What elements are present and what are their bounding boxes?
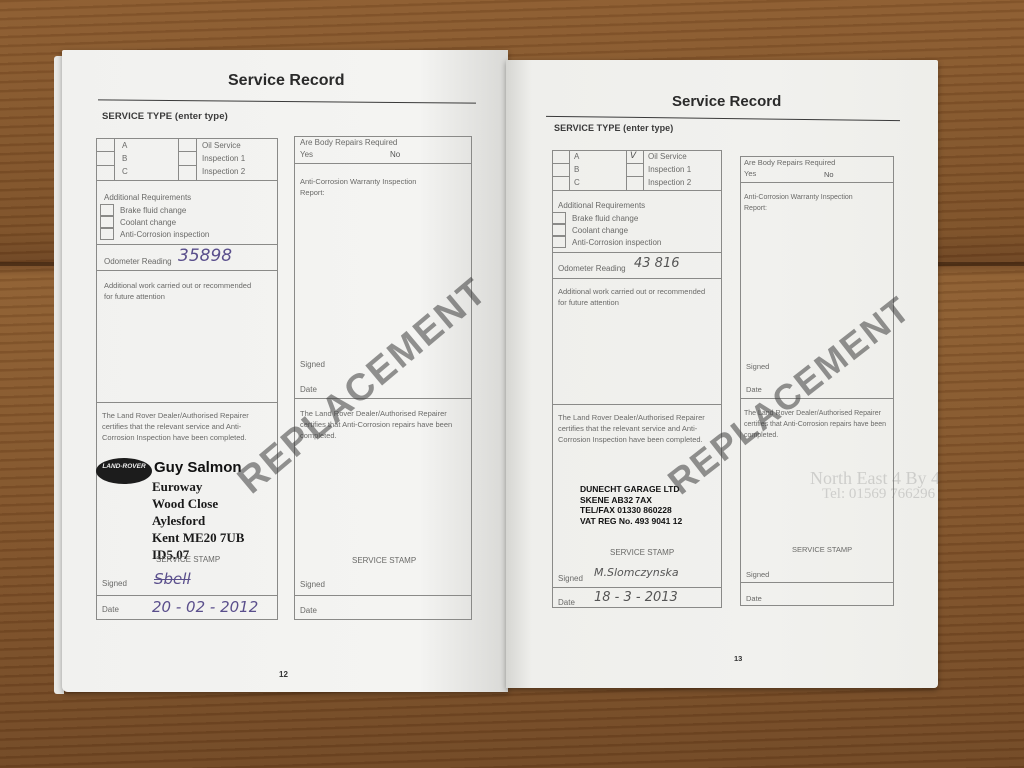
anti-corrosion-label: Anti-Corrosion inspection [572, 239, 661, 247]
land-rover-logo: LAND-ROVER [96, 458, 152, 484]
type-b-label: B [122, 155, 127, 163]
corrosion-date-label: Date [300, 607, 317, 615]
body-repairs-label: Are Body Repairs Required [300, 139, 397, 147]
divider [96, 595, 278, 596]
show-through-text: Tel: 01569 766296 [822, 486, 935, 503]
brake-fluid-label: Brake fluid change [120, 207, 186, 215]
report-date-label: Date [300, 386, 317, 394]
corrosion-signed-label: Signed [300, 581, 325, 589]
date-label: Date [102, 606, 119, 614]
anti-corrosion-checkbox[interactable] [552, 236, 566, 248]
type-a-label: A [122, 142, 127, 150]
page-title: Service Record [672, 93, 781, 110]
address-line: Kent ME20 7UB [152, 529, 244, 546]
divider [626, 163, 643, 164]
additional-work-label: Additional work carried out or recommend… [558, 286, 708, 308]
type-b-label: B [574, 166, 579, 174]
service-type-heading: SERVICE TYPE (enter type) [102, 111, 228, 122]
brake-fluid-checkbox[interactable] [552, 212, 566, 224]
odometer-value: 35898 [178, 246, 232, 266]
signed-label: Signed [102, 580, 127, 588]
yes-option[interactable]: Yes [300, 151, 313, 159]
left-page: Service Record SERVICE TYPE (enter type)… [62, 50, 508, 692]
anti-corrosion-report-label: Anti-Corrosion Warranty Inspection Repor… [744, 192, 854, 214]
no-option[interactable]: No [390, 151, 400, 159]
coolant-label: Coolant change [572, 227, 628, 235]
divider [740, 582, 894, 583]
title-rule [546, 116, 900, 121]
odometer-value: 43 816 [634, 256, 680, 271]
additional-requirements-label: Additional Requirements [104, 194, 191, 202]
address-line: Wood Close [152, 495, 244, 512]
divider [552, 163, 569, 164]
divider [96, 244, 278, 245]
divider [96, 151, 114, 152]
address-line: Aylesford [152, 512, 244, 529]
body-repairs-label: Are Body Repairs Required [744, 159, 835, 167]
stamp-line: TEL/FAX 01330 860228 [580, 505, 682, 516]
corrosion-signed-label: Signed [746, 571, 769, 579]
no-option[interactable]: No [824, 171, 834, 179]
divider [96, 165, 114, 166]
inspection-2-label: Inspection 2 [648, 179, 691, 187]
corrosion-date-label: Date [746, 595, 762, 603]
title-rule [98, 99, 476, 103]
oil-service-label: Oil Service [202, 142, 241, 150]
service-type-heading: SERVICE TYPE (enter type) [554, 123, 673, 133]
coolant-checkbox[interactable] [552, 224, 566, 236]
certify-text: The Land Rover Dealer/Authorised Repaire… [558, 412, 720, 445]
divider [552, 404, 722, 405]
report-signed-label: Signed [300, 361, 325, 369]
divider [96, 402, 278, 403]
odometer-label: Odometer Reading [104, 258, 172, 266]
divider [294, 163, 472, 164]
corrosion-stamp-label: SERVICE STAMP [352, 557, 416, 565]
coolant-label: Coolant change [120, 219, 176, 227]
divider [96, 180, 278, 181]
divider [114, 138, 115, 180]
signature: Sbell [154, 570, 191, 588]
divider [626, 150, 627, 190]
dealer-stamp-address: Euroway Wood Close Aylesford Kent ME20 7… [152, 478, 244, 563]
divider [552, 252, 722, 253]
oil-service-checkmark: V [630, 151, 636, 161]
date-label: Date [558, 599, 575, 607]
divider [740, 182, 894, 183]
odometer-label: Odometer Reading [558, 265, 626, 273]
type-c-label: C [122, 168, 128, 176]
inspection-1-label: Inspection 1 [648, 166, 691, 174]
additional-requirements-label: Additional Requirements [558, 202, 645, 210]
additional-work-label: Additional work carried out or recommend… [104, 280, 254, 302]
service-stamp-label: SERVICE STAMP [610, 549, 674, 557]
anti-corrosion-checkbox[interactable] [100, 228, 114, 240]
service-date: 20 - 02 - 2012 [152, 598, 258, 616]
anti-corrosion-report-label: Anti-Corrosion Warranty Inspection Repor… [300, 176, 420, 198]
signature: M.Slomczynska [594, 566, 679, 579]
stamp-line: DUNECHT GARAGE LTD [580, 484, 682, 495]
inspection-1-label: Inspection 1 [202, 155, 245, 163]
signed-label: Signed [558, 575, 583, 583]
type-c-label: C [574, 179, 580, 187]
brake-fluid-label: Brake fluid change [572, 215, 638, 223]
divider [178, 165, 196, 166]
brake-fluid-checkbox[interactable] [100, 204, 114, 216]
service-date: 18 - 3 - 2013 [594, 590, 678, 605]
right-page: Service Record SERVICE TYPE (enter type)… [506, 60, 938, 688]
divider [196, 138, 197, 180]
inspection-2-label: Inspection 2 [202, 168, 245, 176]
corrosion-stamp-label: SERVICE STAMP [792, 546, 852, 554]
type-a-label: A [574, 153, 579, 161]
stamp-line: SKENE AB32 7AX [580, 495, 682, 506]
divider [552, 176, 569, 177]
address-line: Euroway [152, 478, 244, 495]
stamp-line: VAT REG No. 493 9041 12 [580, 516, 682, 527]
page-title: Service Record [228, 72, 345, 90]
page-number: 12 [279, 670, 288, 679]
divider [294, 595, 472, 596]
oil-service-label: Oil Service [648, 153, 687, 161]
divider [552, 190, 722, 191]
certify-text: The Land Rover Dealer/Authorised Repaire… [102, 410, 272, 443]
divider [643, 150, 644, 190]
divider [626, 176, 643, 177]
page-number: 13 [734, 654, 742, 663]
service-stamp-label: SERVICE STAMP [156, 556, 220, 564]
divider [569, 150, 570, 190]
dealer-stamp: DUNECHT GARAGE LTD SKENE AB32 7AX TEL/FA… [580, 484, 682, 526]
report-signed-label: Signed [746, 363, 769, 371]
coolant-checkbox[interactable] [100, 216, 114, 228]
divider [552, 278, 722, 279]
divider [178, 151, 196, 152]
yes-option[interactable]: Yes [744, 170, 756, 178]
divider [178, 138, 179, 180]
anti-corrosion-label: Anti-Corrosion inspection [120, 231, 209, 239]
dealer-stamp-name: Guy Salmon [154, 459, 242, 476]
divider [96, 270, 278, 271]
divider [552, 587, 722, 588]
